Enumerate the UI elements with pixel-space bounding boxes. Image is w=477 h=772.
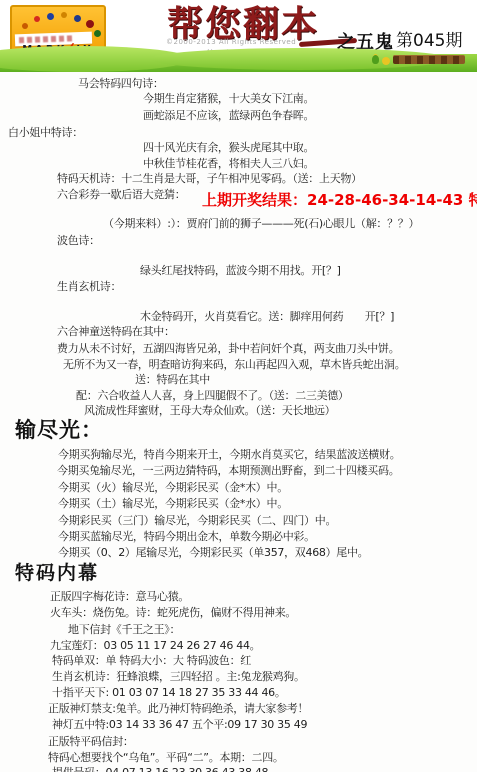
- section-label: 生肖玄机诗：: [57, 278, 121, 294]
- tip-line: 今期买狗输尽光，特肖今期来开土，今期水肖莫买它，结果蓝波送横财。: [58, 446, 400, 462]
- poem-line: 配：六合收益人人喜，身上四腿假不了。（送：二三美德）: [76, 387, 349, 403]
- section-heading-shujinguang: 输尽光：: [15, 414, 103, 444]
- tip-line: 神灯五中特:03 14 33 36 47 五个平:09 17 30 35 49: [52, 716, 307, 732]
- tip-line: 今期买（火）输尽光，今期彩民买（金*木）中。: [58, 479, 288, 495]
- poem-line: 送：特码在其中: [135, 371, 210, 387]
- poem-line: 费力从未不讨好，五湖四海皆兄弟，卦中若问奸个真，两支曲刀头中饼。: [57, 340, 399, 356]
- section-label: 波色诗：: [57, 232, 100, 248]
- tip-line: 地下信封《千王之王》：: [68, 621, 180, 637]
- issue-number: 第045期: [396, 26, 462, 51]
- logo-ball-icon: [86, 20, 94, 28]
- poem-line: 无所不为又一春，明查暗访狗来码，东山再起四入观，草木皆兵蛇出洞。: [63, 356, 405, 372]
- section-label: 六合彩券一歇后语大竞猜：: [57, 186, 185, 202]
- tip-line: 今期买（土）输尽光，今期彩民买（金*水）中。: [58, 495, 288, 511]
- section-label: 白小姐中特诗：: [8, 124, 83, 140]
- logo-ball-icon: [94, 30, 101, 37]
- tip-line: 正版特平码信封：: [48, 733, 134, 749]
- header: MARK IX 帮您翻本 之五鬼 第045期 ©2000-2013 All Ri…: [0, 0, 477, 72]
- poem-line: 木金特码开，火肖莫看它。送：脚痒用何药 开[？]: [140, 308, 394, 324]
- poem-line: 特码天机诗：十二生肖是大哥，子午相冲见零码。（送：上天物）: [57, 170, 362, 186]
- fine-print: ©2000-2013 All Rights Reserved: [166, 38, 296, 46]
- section-heading-neimu: 特码内幕: [15, 558, 99, 585]
- poem-line: 今期生肖定猪猴，十大美女下江南。: [143, 90, 314, 106]
- train-graphic: [393, 55, 465, 64]
- tip-line: 火车头：烧伤兔。诗：蛇死虎伤，偏财不得用神来。: [50, 604, 296, 620]
- section-label: 马会特码四句诗：: [78, 75, 164, 91]
- grass-banner: [0, 54, 477, 72]
- poem-line: 风流成性拜蜜财，王母大寿众仙欢。（送：天长地远）: [84, 402, 335, 418]
- poem-line: 绿头红尾找特码，蓝波今期不用找。开[？]: [140, 262, 341, 278]
- tip-line: 九宝莲灯：03 05 11 17 24 26 27 46 44。: [50, 637, 260, 653]
- tip-line: 今期彩民买（三门）输尽光，今期彩民买（二、四门）中。: [58, 512, 336, 528]
- critter-graphic: [372, 55, 379, 64]
- tip-line: 今期买蓝输尽光，特码今期出金木，单数今期必中彩。: [58, 528, 315, 544]
- logo-ball-icon: [74, 15, 81, 22]
- tip-line: 今期买（0、2）尾输尽光，今期彩民买（单357，双468）尾中。: [58, 544, 368, 560]
- tip-line: 今期买兔输尽光，一三两边猜特码，本期预测出野畜，到二十四楼买码。: [57, 462, 399, 478]
- section-label: 六合神童送特码在其中：: [57, 323, 175, 339]
- tip-line: 提供号码：04 07 13 16 23 30 36 43 38 48。: [52, 764, 279, 772]
- poem-line: 画蛇添足不应该，蓝绿两色争春晖。: [143, 107, 314, 123]
- logo-ball-icon: [47, 13, 54, 20]
- tip-line: 生肖玄机诗：狂蜂浪蝶，三四轻招 。主:兔龙猴鸡狗。: [52, 668, 305, 684]
- tip-line: 正版神灯禁支:兔羊。此乃神灯特码绝杀，请大家参考！: [48, 700, 308, 716]
- tip-line: 正版四字梅花诗：意马心猿。: [50, 588, 189, 604]
- logo-ball-icon: [22, 23, 28, 29]
- logo-ball-icon: [34, 16, 40, 22]
- last-draw-result: 上期开奖结果：24-28-46-34-14-43 特07: [202, 189, 477, 210]
- tip-line: 特码心想要找个“乌龟”。平码“二”。本期：二四。: [48, 749, 284, 765]
- flower-graphic: [382, 57, 390, 65]
- tip-line: 特码单双：单 特码大小：大 特码波色：红: [52, 652, 251, 668]
- poem-line: 中秋佳节桂花香，将相夫人三八妇。: [143, 155, 314, 171]
- poem-line: 四十风光庆有余，猴头虎尾其中取。: [143, 139, 314, 155]
- tip-line: 十指平天下: 01 03 07 14 18 27 35 33 44 46。: [52, 684, 286, 700]
- poem-line: （今期来料）:）：贾府门前的狮子———死(石)心眼儿（解：？？）: [103, 215, 419, 231]
- logo-ball-icon: [61, 12, 67, 18]
